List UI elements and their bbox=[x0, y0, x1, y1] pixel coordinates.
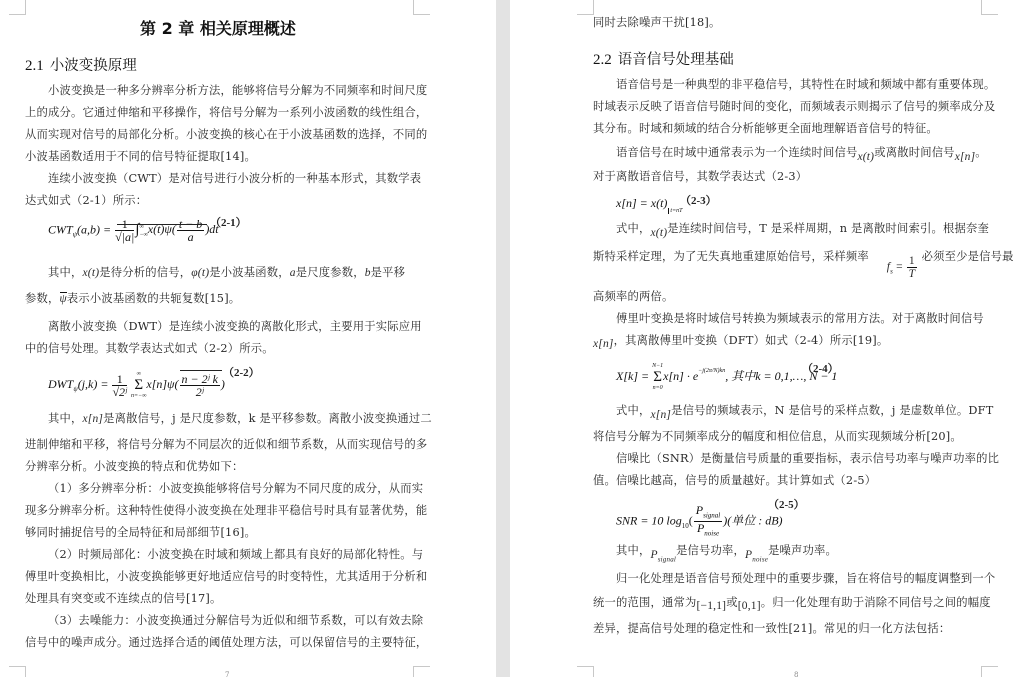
page-number: 8 bbox=[794, 671, 798, 677]
equation-number: （2-5） bbox=[768, 496, 805, 512]
section-heading-2-2: 2.2语音信号处理基础 bbox=[593, 48, 734, 69]
paragraph-line: 式中，x(t)是连续时间信号，T 是采样周期，n 是离散时间索引。根据奈奎 bbox=[616, 222, 989, 240]
paragraph-line: 上的成分。它通过伸缩和平移操作，将信号分解为一系列小波函数的线性组合， bbox=[25, 106, 427, 120]
equation-number: （2-2） bbox=[223, 364, 260, 380]
paragraph-line: 小波基函数适用于不同的信号特征提取[14]。 bbox=[25, 150, 256, 164]
margin-corner-mark bbox=[577, 666, 594, 677]
list-item-line: 够同时捕捉信号的全局特征和局部细节[16]。 bbox=[25, 526, 256, 540]
section-heading-2-1: 2.1小波变换原理 bbox=[25, 54, 137, 75]
margin-corner-mark bbox=[981, 0, 998, 15]
page-gutter bbox=[496, 0, 510, 677]
paragraph-line: 将信号分解为不同频率成分的幅度和相位信息，从而实现频域分析[20]。 bbox=[593, 430, 962, 444]
paragraph-line: 信噪比（SNR）是衡量信号质量的重要指标，表示信号功率与噪声功率的比 bbox=[616, 452, 999, 466]
paragraph-line: 其分布。时域和频域的结合分析能够更全面地理解语音信号的特征。 bbox=[593, 122, 938, 136]
margin-corner-mark bbox=[9, 0, 26, 15]
list-item-line: 傅里叶变换相比，小波变换能够更好地适应信号的时变特性，尤其适用于分析和 bbox=[25, 570, 427, 584]
paragraph-line: 达式如式（2-1）所示： bbox=[25, 194, 147, 208]
paragraph-line: 其中，x[n]是离散信号，j 是尺度参数，k 是平移参数。离散小波变换通过二 bbox=[48, 412, 432, 426]
margin-corner-mark bbox=[9, 666, 26, 677]
document-page-right: 同时去除噪声干扰[18]。 2.2语音信号处理基础 语音信号是一种典型的非平稳信… bbox=[510, 0, 1024, 677]
paragraph-line: x[n]，其离散傅里叶变换（DFT）如式（2-4）所示[19]。 bbox=[593, 334, 888, 351]
paragraph-line: 语音信号是一种典型的非平稳信号，其特性在时域和频域中都有重要体现。 bbox=[616, 78, 995, 92]
paragraph-line: 中的信号处理。其数学表达式如式（2-2）所示。 bbox=[25, 342, 274, 356]
equation-2-5: SNR = 10 log10(PsignalPnoise)(单位 : dB) bbox=[616, 504, 783, 540]
list-item-line: 处理具有突变或不连续点的信号[17]。 bbox=[25, 592, 221, 606]
paragraph-line: 参数，ψ表示小波基函数的共轭复数[15]。 bbox=[25, 292, 240, 306]
paragraph-line: 斯特采样定理，为了无失真地重建原始信号，采样频率 fs = 1T 必须至少是信号… bbox=[593, 250, 1014, 280]
paragraph-line: 高频率的两倍。 bbox=[593, 290, 673, 304]
paragraph-line: 差异，提高信号处理的稳定性和一致性[21]。常见的归一化方法包括： bbox=[593, 622, 950, 636]
paragraph-line: 其中，x(t)是待分析的信号，φ(t)是小波基函数，a是尺度参数，b是平移 bbox=[48, 266, 405, 280]
conjugate-overline bbox=[117, 224, 207, 225]
paragraph-line: 小波变换是一种多分辨率分析方法，能够将信号分解为不同频率和时间尺度 bbox=[48, 84, 427, 98]
paragraph-line: 统一的范围，通常为[−1,1]或[0,1]。归一化处理有助于消除不同信号之间的幅… bbox=[593, 596, 991, 613]
list-item-line: （3）去噪能力：小波变换通过分解信号为近似和细节系数，可以有效去除 bbox=[48, 614, 423, 628]
equation-number: （2-4） bbox=[802, 360, 839, 376]
paragraph-line: 对于离散语音信号，其数学表达式（2-3） bbox=[593, 170, 807, 184]
paragraph-line: 连续小波变换（CWT）是对信号进行小波分析的一种基本形式，其数学表 bbox=[48, 172, 421, 186]
conjugate-overline bbox=[180, 370, 222, 371]
paragraph-line: 式中，x[n]是信号的频域表示，N 是信号的采样点数，j 是虚数单位。DFT bbox=[616, 404, 993, 422]
equation-2-1: CWTψ(a,b) = 1√|a|∫∞−∞x(t)ψ(t − ba)dt bbox=[48, 218, 219, 243]
paragraph-line: 同时去除噪声干扰[18]。 bbox=[593, 16, 720, 30]
page-number: 7 bbox=[225, 671, 229, 677]
paragraph-line: 傅里叶变换是将时域信号转换为频域表示的常用方法。对于离散时间信号 bbox=[616, 312, 984, 326]
list-item-line: 信号中的噪声成分。通过选择合适的阈值处理方法，可以保留信号的主要特征， bbox=[25, 636, 427, 650]
paragraph-line: 语音信号在时域中通常表示为一个连续时间信号x(t)或离散时间信号x[n]。 bbox=[616, 146, 987, 164]
list-item-line: 现多分辨率分析。这种特性使得小波变换在处理非平稳信号时具有显著优势，能 bbox=[25, 504, 427, 518]
paragraph-line: 从而实现对信号的局部化分析。小波变换的核心在于小波基函数的选择，不同的 bbox=[25, 128, 427, 142]
equation-2-3: x[n] = x(t)t=nT bbox=[616, 196, 682, 214]
paragraph-line: 离散小波变换（DWT）是连续小波变换的离散化形式，主要用于实际应用 bbox=[48, 320, 422, 334]
equation-2-2: DWTψ(j,k) = 1√2ʲ ∞Σn=−∞x[n]ψ(n − 2ʲ k2ʲ) bbox=[48, 370, 225, 400]
margin-corner-mark bbox=[413, 666, 430, 677]
equation-number: （2-1） bbox=[210, 214, 247, 230]
chapter-title: 第 2 章 相关原理概述 bbox=[140, 16, 296, 39]
list-item-line: （2）时频局部化：小波变换在时域和频域上都具有良好的局部化特性。与 bbox=[48, 548, 423, 562]
margin-corner-mark bbox=[577, 0, 594, 15]
paragraph-line: 其中，Psignal是信号功率，Pnoise是噪声功率。 bbox=[616, 544, 837, 566]
paragraph-line: 分辨率分析。小波变换的特点和优势如下： bbox=[25, 460, 243, 474]
paragraph-line: 时域表示反映了语音信号随时间的变化，而频域表示则揭示了信号的频率成分及 bbox=[593, 100, 995, 114]
paragraph-line: 进制伸缩和平移，将信号分解为不同层次的近似和细节系数，从而实现信号的多 bbox=[25, 438, 427, 452]
margin-corner-mark bbox=[981, 666, 998, 677]
list-item-line: （1）多分辨率分析：小波变换能够将信号分解为不同尺度的成分，从而实 bbox=[48, 482, 423, 496]
paragraph-line: 归一化处理是语音信号预处理中的重要步骤，旨在将信号的幅度调整到一个 bbox=[616, 572, 995, 586]
margin-corner-mark bbox=[413, 0, 430, 15]
equation-number: （2-3） bbox=[680, 192, 717, 208]
document-page-left: 第 2 章 相关原理概述 2.1小波变换原理 小波变换是一种多分辨率分析方法，能… bbox=[0, 0, 496, 677]
paragraph-line: 值。信噪比越高，信号的质量越好。其计算如式（2-5） bbox=[593, 474, 876, 488]
